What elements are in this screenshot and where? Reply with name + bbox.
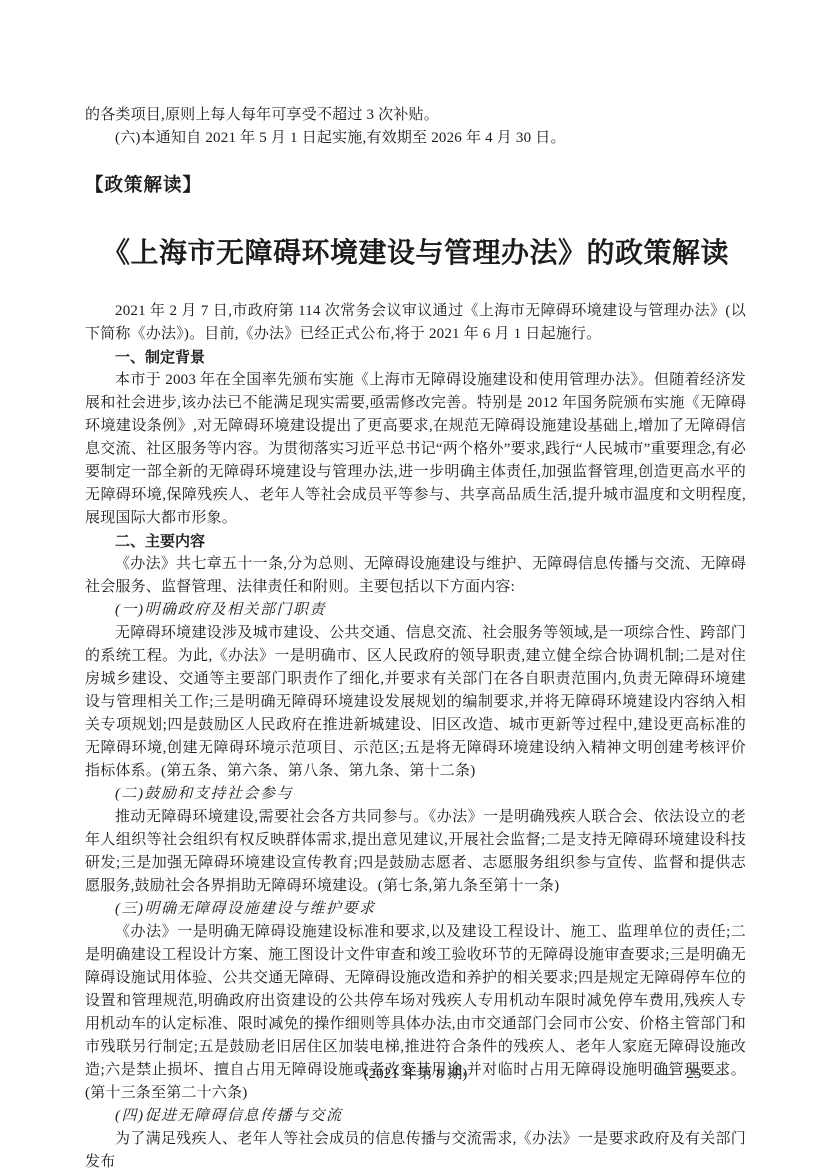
footer-page-number: — 25 — — [660, 1063, 729, 1086]
section-heading-background: 一、制定背景 — [85, 346, 746, 369]
subheading-information-exchange: (四)促进无障碍信息传播与交流 — [85, 1105, 746, 1128]
paragraph-background: 本市于 2003 年在全国率先颁布实施《上海市无障碍设施建设和使用管理办法》。但… — [85, 369, 746, 530]
document-page: 的各类项目,原则上每人每年可享受不超过 3 次补贴。 (六)本通知自 2021 … — [0, 0, 827, 1170]
paragraph-social-participation: 推动无障碍环境建设,需要社会各方共同参与。《办法》一是明确残疾人联合会、依法设立… — [85, 806, 746, 898]
paragraph-information-exchange: 为了满足残疾人、老年人等社会成员的信息传播与交流需求,《办法》一是要求政府及有关… — [85, 1128, 746, 1170]
subheading-social-participation: (二)鼓励和支持社会参与 — [85, 783, 746, 806]
column-marker-policy-interpretation: 【政策解读】 — [85, 172, 746, 198]
paragraph-notice-effective-date: (六)本通知自 2021 年 5 月 1 日起实施,有效期至 2026 年 4 … — [85, 127, 746, 150]
footer-issue-label: (2021 年第 8 期) — [85, 1063, 746, 1086]
paragraph-continuation: 的各类项目,原则上每人每年可享受不超过 3 次补贴。 — [85, 104, 746, 127]
paragraph-overview: 《办法》共七章五十一条,分为总则、无障碍设施建设与维护、无障碍信息传播与交流、无… — [85, 553, 746, 599]
article-title: 《上海市无障碍环境建设与管理办法》的政策解读 — [85, 234, 746, 274]
page-footer: (2021 年第 8 期) — 25 — — [85, 1063, 746, 1086]
paragraph-government-duties: 无障碍环境建设涉及城市建设、公共交通、信息交流、社会服务等领域,是一项综合性、跨… — [85, 622, 746, 783]
subheading-government-duties: (一)明确政府及相关部门职责 — [85, 599, 746, 622]
subheading-facility-requirements: (三)明确无障碍设施建设与维护要求 — [85, 898, 746, 921]
section-heading-main-content: 二、主要内容 — [85, 530, 746, 553]
page-content: 的各类项目,原则上每人每年可享受不超过 3 次补贴。 (六)本通知自 2021 … — [85, 104, 746, 1170]
paragraph-intro: 2021 年 2 月 7 日,市政府第 114 次常务会议审议通过《上海市无障碍… — [85, 300, 746, 346]
